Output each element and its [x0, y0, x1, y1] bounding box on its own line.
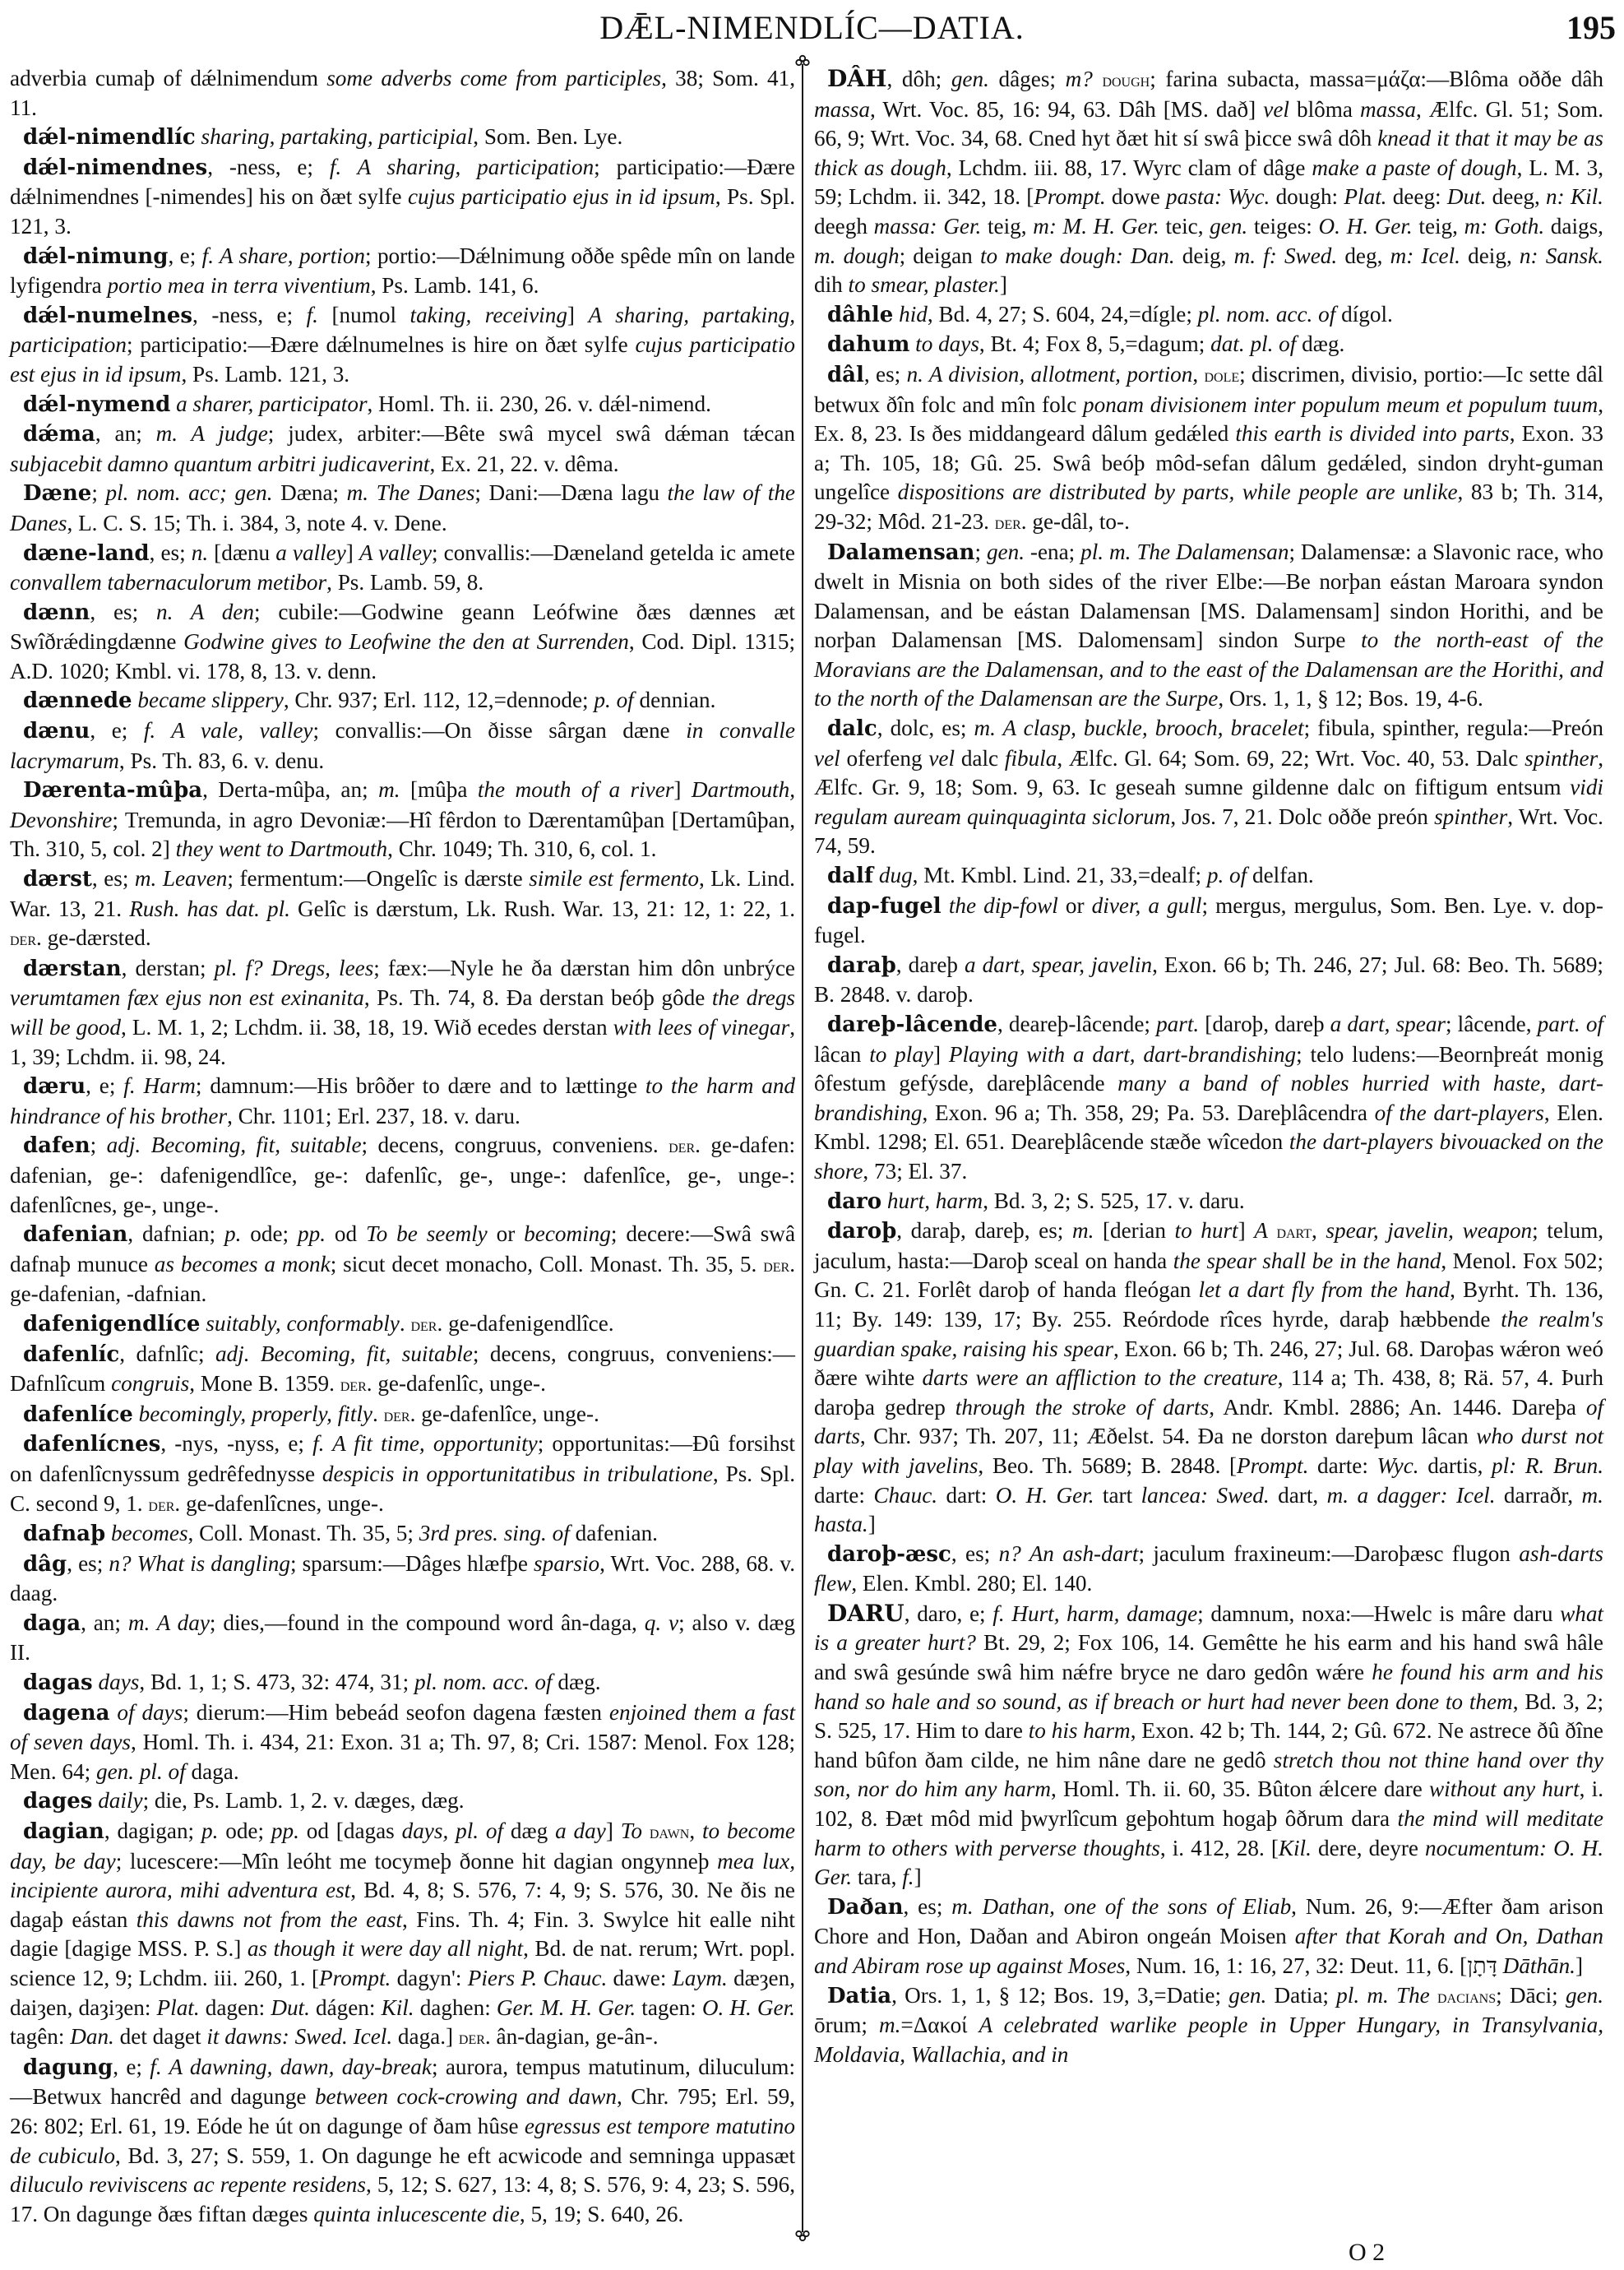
dictionary-entry: dafenigendlíce suitably, conformably. de…	[10, 1309, 795, 1340]
entry-text: , e;	[168, 243, 201, 268]
entry-text: , Som. Ben. Lye.	[473, 124, 622, 149]
entry-text: ; judex, arbiter:—Bête swâ mycel swâ dǽm…	[268, 421, 795, 446]
italic-gloss: n: Sansk.	[1520, 243, 1603, 268]
entry-text: . ge-dærsted.	[36, 925, 151, 950]
italic-gloss: pl. nom. acc. of	[1198, 302, 1336, 327]
entry-text: , derstan;	[122, 956, 215, 980]
entry-text: , i. 412, 28. [	[1160, 1836, 1279, 1860]
entry-text: tart	[1094, 1483, 1141, 1508]
italic-gloss: this dawns not from the east	[136, 1907, 402, 1932]
entry-text: ; damnum, noxa:—Hwelc is mâre daru	[1197, 1601, 1560, 1626]
entry-text: od	[326, 1221, 366, 1246]
headword: dâhle	[827, 303, 893, 327]
entry-text: , Mone B. 1359.	[189, 1371, 340, 1396]
entry-text: Gelîc is dærstum, Lk. Rush. War. 13, 21:…	[290, 896, 795, 921]
entry-text	[642, 1818, 650, 1843]
italic-gloss: without any hurt	[1429, 1777, 1580, 1801]
dictionary-entry: daga, an; m. A day; dies,—found in the c…	[10, 1609, 795, 1668]
dictionary-entry: dap-fugel the dip-fowl or diver, a gull;…	[814, 892, 1603, 951]
entry-text	[1093, 67, 1103, 91]
entry-text	[942, 893, 949, 918]
dictionary-entry: dâl, es; n. A division, allotment, porti…	[814, 360, 1603, 538]
entry-text: , es;	[951, 1541, 999, 1566]
headword: dafenian	[23, 1222, 127, 1247]
italic-gloss: taking, receiving	[410, 303, 567, 327]
italic-gloss: Godwine gives to Leofwine the den at Sur…	[183, 629, 629, 654]
entry-text: ,	[689, 1818, 702, 1843]
entry-text: ]	[567, 303, 589, 327]
italic-gloss: Prompt.	[1034, 184, 1105, 209]
entry-text: , an;	[95, 421, 156, 446]
entry-text: , Mt. Kmbl. Lind. 21, 33,=dealf;	[913, 863, 1207, 887]
entry-text: ; fermentum:—Ongelîc is dærste	[227, 866, 529, 891]
entry-text: ]	[1575, 1953, 1583, 1978]
italic-gloss: congruis	[111, 1371, 189, 1396]
entry-text: , Chr. 1049; Th. 310, 6, col. 1.	[387, 836, 656, 861]
italic-gloss: f.	[902, 1865, 914, 1889]
dictionary-entry: dahum to days, Bt. 4; Fox 8, 5,=dagum; d…	[814, 330, 1603, 360]
entry-text: or	[488, 1221, 524, 1246]
page-number: 195	[1566, 8, 1616, 47]
entry-text: dih	[814, 272, 849, 297]
small-caps-text: dough	[1102, 70, 1150, 90]
italic-gloss: became slippery	[137, 688, 283, 712]
entry-text: , Ps. Th. 74, 8. Ða derstan beóþ gôde	[364, 985, 712, 1010]
entry-text: , Ps. Lamb. 141, 6.	[371, 273, 539, 298]
italic-gloss: to his harm	[1029, 1718, 1131, 1743]
small-caps-text: der	[340, 1374, 367, 1395]
headword: daga	[23, 1611, 81, 1636]
italic-gloss: Kil.	[382, 1995, 414, 2020]
headword: dafenigendlíce	[23, 1312, 200, 1337]
left-column: adverbia cumaþ of dǽlnimendum some adver…	[10, 64, 795, 2229]
italic-gloss: pl. nom. acc; gen.	[105, 480, 272, 505]
entry-text: , dareþ	[896, 952, 965, 977]
dictionary-entry: dagas days, Bd. 1, 1; S. 473, 32: 474, 3…	[10, 1668, 795, 1698]
italic-gloss: to smear, plaster.	[849, 272, 1000, 297]
italic-gloss: q. v	[645, 1610, 678, 1635]
entry-text: det daget	[114, 2024, 206, 2049]
italic-gloss: n? What is dangling	[109, 1551, 290, 1576]
dictionary-entry: dænu, e; f. A vale, valley; convallis:—O…	[10, 716, 795, 776]
italic-gloss: Dāthān.	[1503, 1953, 1575, 1978]
entry-text: dartis,	[1419, 1453, 1492, 1478]
entry-text: [dænu	[208, 540, 275, 565]
headword: dǽl-nimendlíc	[23, 125, 196, 150]
entry-text: , es;	[67, 1551, 109, 1576]
italic-gloss: a dart, spear, javelin	[965, 952, 1152, 977]
entry-text: , Bd. 3, 27; S. 559, 1. On dagunge he ef…	[115, 2143, 795, 2168]
entry-text: ; fibula, spinther, regula:—Preón	[1304, 716, 1603, 740]
entry-text: ; dies,—found in the compound word ân-da…	[210, 1610, 645, 1635]
italic-gloss: Dut.	[1447, 184, 1487, 209]
entry-text: dâges;	[989, 67, 1066, 91]
entry-text: ; participatio:—Ðære dǽlnumelnes is hire…	[127, 332, 635, 357]
headword: dafenlíce	[23, 1402, 133, 1427]
italic-gloss: to days	[915, 331, 979, 356]
entry-text: , Bd. 3, 2; S. 525, 17. v. daru.	[983, 1188, 1244, 1213]
entry-text: , Homl. Th. ii. 230, 26. v. dǽl-nimend.	[368, 391, 711, 416]
entry-text	[1430, 1983, 1437, 2008]
entry-text: , Ps. Th. 83, 6. v. denu.	[119, 748, 324, 773]
dictionary-entry: daraþ, dareþ a dart, spear, javelin, Exo…	[814, 951, 1603, 1010]
italic-gloss: m: Goth.	[1464, 214, 1545, 239]
entry-text: ode;	[241, 1221, 298, 1246]
entry-text: ]	[914, 1865, 922, 1889]
italic-gloss: A valley	[359, 540, 432, 565]
entry-text: daigs,	[1544, 214, 1603, 239]
dictionary-entry: Datia, Ors. 1, 1, § 12; Bos. 19, 3,=Dati…	[814, 1981, 1603, 2070]
entry-text: dough:	[1270, 184, 1344, 209]
entry-text	[105, 1521, 111, 1545]
entry-text: ; sicut decet monacho, Coll. Monast. Th.…	[331, 1252, 764, 1276]
entry-text: , -ness, e;	[192, 303, 307, 327]
entry-text: , dolc, es;	[877, 716, 974, 740]
headword: dǽma	[23, 422, 95, 447]
entry-text: , e;	[86, 1073, 123, 1098]
entry-text: , -ness, e;	[207, 155, 330, 179]
italic-gloss: pl. f? Dregs, lees	[215, 956, 374, 980]
italic-gloss: it dawns: Swed. Icel.	[206, 2024, 392, 2049]
entry-text: , dafnian;	[127, 1221, 224, 1246]
italic-gloss: m?	[1066, 67, 1093, 91]
italic-gloss: Plat.	[1344, 184, 1386, 209]
entry-text: [daroþ, dareþ	[1199, 1012, 1330, 1036]
entry-text: deg,	[1337, 243, 1390, 268]
italic-gloss: sharing, partaking, participial	[201, 124, 474, 149]
entry-text: tagên:	[10, 2024, 70, 2049]
entry-text: , Ors. 1, 1, § 12; Bos. 19, 4-6.	[1218, 686, 1483, 711]
entry-text	[881, 1188, 887, 1213]
small-caps-text: der	[763, 1255, 789, 1276]
italic-gloss: vel	[814, 746, 840, 771]
entry-text: ; lucescere:—Mîn leóht me tocymeþ ðonne …	[116, 1849, 717, 1874]
dictionary-entry: DÂH, dôh; gen. dâges; m? dough; farina s…	[814, 64, 1603, 300]
italic-gloss: suitably, conformably	[206, 1311, 400, 1336]
italic-gloss: adj. Becoming, fit, suitable	[107, 1133, 362, 1157]
italic-gloss: A	[1254, 1218, 1268, 1243]
entry-text: ]	[346, 540, 359, 565]
entry-text: dowe	[1106, 184, 1166, 209]
entry-text: deegh	[814, 214, 874, 239]
italic-gloss: verumtamen fæx ejus non est exinanita	[10, 985, 364, 1010]
dictionary-entry: dǽl-nimendnes, -ness, e; f. A sharing, p…	[10, 153, 795, 242]
dictionary-entry: daroþ-æsc, es; n? An ash-dart; jaculum f…	[814, 1540, 1603, 1599]
entry-text: dágen:	[310, 1995, 382, 2020]
entry-text: , Jos. 7, 21. Dolc oððe preón	[1170, 804, 1434, 829]
entry-text: , Derta-mûþa, an;	[202, 777, 378, 802]
italic-gloss: gen.	[1228, 1983, 1266, 2008]
italic-gloss: m: Icel.	[1390, 243, 1460, 268]
italic-gloss: 3rd pres. sing. of	[419, 1521, 570, 1545]
headword: Datia	[827, 1984, 891, 2008]
italic-gloss: convallem tabernaculorum metibor	[10, 570, 326, 595]
entry-text: , es;	[864, 362, 907, 387]
headword: dǽl-numelnes	[23, 303, 192, 328]
page-header: DǢL-NIMENDLÍC—DATIA. 195	[0, 8, 1624, 58]
entry-text: , an;	[81, 1610, 128, 1635]
entry-text: . ge-dafenigendlîce.	[437, 1311, 613, 1336]
entry-text: teig,	[981, 214, 1033, 239]
headword: Daðan	[827, 1895, 904, 1920]
entry-text: ; lâcende,	[1446, 1012, 1538, 1036]
entry-text: ; Dani:—Dæna lagu	[474, 480, 667, 505]
dictionary-entry: DARU, daro, e; f. Hurt, harm, damage; da…	[814, 1599, 1603, 1892]
entry-text: dæg.	[1296, 331, 1344, 356]
italic-gloss: gen.	[1566, 1983, 1603, 2008]
italic-gloss: Kil.	[1279, 1836, 1312, 1860]
entry-text: , Beo. Th. 5689; B. 2848. [	[978, 1453, 1237, 1478]
small-caps-text: der	[669, 1136, 695, 1156]
italic-gloss: some adverbs come from participles	[326, 66, 661, 90]
dictionary-entry: dalc, dolc, es; m. A clasp, buckle, broo…	[814, 714, 1603, 861]
italic-gloss: portio mea in terra viventium	[108, 273, 371, 298]
dictionary-entry: dafenlíce becomingly, properly, fitly. d…	[10, 1400, 795, 1430]
italic-gloss: m.	[879, 2013, 900, 2037]
dictionary-entry: dænnede became slippery, Chr. 937; Erl. …	[10, 686, 795, 716]
entry-text: , Homl. Th. ii. 60, 35. Bûton ǽlcere dar…	[1051, 1777, 1429, 1801]
entry-text: .	[400, 1311, 411, 1336]
italic-gloss: Ger. M. H. Ger.	[497, 1995, 636, 2020]
italic-gloss: f.	[307, 303, 318, 327]
dictionary-entry: dâhle hid, Bd. 4, 27; S. 604, 24,=dígle;…	[814, 300, 1603, 331]
small-caps-text: der	[384, 1405, 410, 1425]
entry-text: . ge-dâl, to-.	[1021, 509, 1130, 534]
entry-text: , dagigan;	[104, 1818, 201, 1843]
entry-text: [derian	[1094, 1218, 1174, 1243]
italic-gloss: Playing with a dart, dart-brandishing	[949, 1042, 1296, 1067]
italic-gloss: p.	[224, 1221, 241, 1246]
italic-gloss: to play	[869, 1042, 933, 1067]
dictionary-entry: dærstan, derstan; pl. f? Dregs, lees; fæ…	[10, 954, 795, 1072]
entry-text: , L. C. S. 15; Th. i. 384, 3, note 4. v.…	[67, 511, 446, 535]
italic-gloss: n.	[192, 540, 208, 565]
dictionary-entry: dǽl-numelnes, -ness, e; f. [numol taking…	[10, 301, 795, 390]
headword: dafnaþ	[23, 1522, 105, 1546]
italic-gloss: pl. nom. acc. of	[414, 1670, 553, 1694]
entry-text: dafenian.	[570, 1521, 658, 1545]
entry-text: ; fæx:—Nyle he ða dærstan him dôn unbrýc…	[373, 956, 795, 980]
headword: dalc	[827, 716, 877, 741]
entry-text: , L. M. 1, 2; Lchdm. ii. 38, 18, 19. Wið…	[121, 1015, 613, 1040]
entry-text: dawe:	[607, 1966, 672, 1990]
dictionary-entry: dagung, e; f. A dawning, dawn, day-break…	[10, 2053, 795, 2230]
italic-gloss: hurt, harm	[887, 1188, 983, 1213]
right-column: DÂH, dôh; gen. dâges; m? dough; farina s…	[814, 64, 1603, 2069]
entry-text: , Bd. 1, 1; S. 473, 32: 474, 31;	[139, 1670, 414, 1694]
italic-gloss: part. of	[1538, 1012, 1603, 1036]
entry-text: oferfeng	[840, 746, 929, 771]
entry-text: ; farina subacta, massa=μάζα:—Blôma oððe…	[1150, 67, 1603, 91]
italic-gloss: O. H. Ger.	[1319, 214, 1413, 239]
entry-text: , es;	[90, 600, 156, 624]
headword: daro	[827, 1189, 881, 1214]
entry-text: ; jaculum fraxineum:—Daroþæsc flugon	[1138, 1541, 1519, 1566]
italic-gloss: Dut.	[271, 1995, 310, 2020]
italic-gloss: this earth is divided into parts	[1235, 421, 1509, 446]
italic-gloss: becomingly, properly, fitly	[139, 1401, 372, 1426]
dictionary-entry: dafenlícnes, -nys, -nyss, e; f. A fit ti…	[10, 1429, 795, 1519]
entry-text: ,	[1192, 362, 1204, 387]
italic-gloss: diver, a gull	[1092, 893, 1202, 918]
italic-gloss: m. Leaven	[135, 866, 227, 891]
entry-text: ]	[1238, 1218, 1255, 1243]
italic-gloss: spinther	[1434, 804, 1507, 829]
entry-text: , Ors. 1, 1, § 12; Bos. 19, 3,=Datie;	[891, 1983, 1228, 2008]
headword: dafenlíc	[23, 1342, 119, 1367]
italic-gloss: as becomes a monk	[155, 1252, 331, 1276]
entry-text: lâcan	[814, 1042, 869, 1067]
entry-text: , Ælfc. Gl. 64; Som. 69, 22; Wrt. Voc. 4…	[1057, 746, 1525, 771]
entry-text: ; Dāci;	[1496, 1983, 1566, 2008]
small-caps-text: dole	[1204, 365, 1239, 386]
headword: DÂH	[827, 65, 886, 92]
italic-gloss: m: M. H. Ger.	[1033, 214, 1159, 239]
entry-text: , Wrt. Voc. 85, 16: 94, 63. Dâh [MS. dað…	[870, 97, 1263, 122]
small-caps-text: dart	[1276, 1221, 1312, 1242]
entry-text: . ân-dagian, ge-ân-.	[485, 2024, 659, 2049]
entry-text: .	[372, 1401, 384, 1426]
entry-text: , Chr. 937; Erl. 112, 12,=dennode;	[284, 688, 595, 712]
small-caps-text: der	[410, 1314, 437, 1335]
entry-text	[873, 863, 879, 887]
italic-gloss: as though it were day all night	[248, 1936, 523, 1961]
headword: dænn	[23, 600, 90, 625]
entry-text: darraðr,	[1496, 1483, 1582, 1508]
dictionary-entry: Dæne; pl. nom. acc; gen. Dæna; m. The Da…	[10, 479, 795, 538]
entry-text: , e;	[90, 718, 144, 743]
headword: dǽl-nymend	[23, 392, 170, 417]
italic-gloss: m. The Danes	[347, 480, 475, 505]
italic-gloss: n: Kil.	[1546, 184, 1603, 209]
italic-gloss: the mouth of a river	[478, 777, 674, 802]
headword: dænnede	[23, 688, 132, 713]
entry-text: , es;	[92, 866, 135, 891]
italic-gloss: subjacebit damno quantum arbitri judicav…	[10, 452, 429, 476]
headword: dænu	[23, 719, 90, 744]
entry-text: ; decens, congruus, conveniens.	[362, 1133, 669, 1157]
headword: dafen	[23, 1133, 90, 1158]
italic-gloss: Dan.	[70, 2024, 114, 2049]
italic-gloss: pl. m. The Dalamensan	[1080, 540, 1289, 564]
italic-gloss: vel	[1263, 97, 1289, 122]
italic-gloss: between cock-crowing and dawn	[315, 2084, 617, 2109]
dictionary-entry: Dærenta-mûþa, Derta-mûþa, an; m. [mûþa t…	[10, 776, 795, 864]
italic-gloss: dug	[879, 863, 913, 887]
italic-gloss: through the stroke of darts	[955, 1395, 1209, 1420]
dictionary-entry: dǽma, an; m. A judge; judex, arbiter:—Bê…	[10, 419, 795, 479]
entry-text: =Δακοί	[900, 2013, 979, 2037]
italic-gloss: f. Hurt, harm, damage	[992, 1601, 1197, 1626]
italic-gloss: to make dough: Dan.	[980, 243, 1175, 268]
dictionary-entry: dafnaþ becomes, Coll. Monast. Th. 35, 5;…	[10, 1519, 795, 1550]
italic-gloss: Plat.	[157, 1995, 200, 2020]
entry-text: , dafnlîc;	[119, 1341, 215, 1366]
entry-text: , es;	[150, 540, 192, 565]
small-caps-text: der	[10, 929, 36, 949]
dictionary-entry: dafen; adj. Becoming, fit, suitable; dec…	[10, 1131, 795, 1220]
entry-text: , 5, 19; S. 640, 26.	[520, 2202, 683, 2226]
italic-gloss: becomes	[111, 1521, 188, 1545]
italic-gloss: To be seemly	[366, 1221, 488, 1246]
entry-text: [mûþa	[400, 777, 478, 802]
italic-gloss: daily	[98, 1788, 142, 1813]
italic-gloss: quinta inlucescente die	[313, 2202, 520, 2226]
italic-gloss: m. a dagger: Icel.	[1327, 1483, 1496, 1508]
entry-text: deeg:	[1386, 184, 1446, 209]
italic-gloss: m. Dathan, one of the sons of Eliab	[951, 1894, 1291, 1919]
entry-text: dígol.	[1335, 302, 1392, 327]
italic-gloss: gen.	[951, 67, 989, 91]
headword: Dæne	[23, 481, 91, 506]
italic-gloss: p.	[201, 1818, 218, 1843]
entry-text: , Num. 16, 1: 16, 27, 32: Deut. 11, 6. […	[1125, 1953, 1502, 1978]
small-caps-text: dawn	[650, 1822, 689, 1842]
italic-gloss: a valley	[275, 540, 346, 565]
dictionary-entry: daroþ, daraþ, dareþ, es; m. [derian to h…	[814, 1216, 1603, 1540]
dictionary-entry: dǽl-nimendlíc sharing, partaking, partic…	[10, 123, 795, 153]
italic-gloss: m. dough	[814, 243, 900, 268]
dictionary-entry: dæne-land, es; n. [dænu a valley] A vall…	[10, 539, 795, 598]
italic-gloss: dat. pl. of	[1210, 331, 1296, 356]
entry-text: delfan.	[1247, 863, 1314, 887]
italic-gloss: n? An ash-dart	[999, 1541, 1139, 1566]
entry-text: , Andr. Kmbl. 2886; An. 1446. Dareþa	[1209, 1395, 1586, 1420]
italic-gloss: f. A vale, valley	[144, 718, 313, 743]
headword: dages	[23, 1789, 92, 1814]
entry-text: dennian.	[634, 688, 716, 712]
entry-text: dagen:	[200, 1995, 271, 2020]
italic-gloss: Piers P. Chauc.	[468, 1966, 608, 1990]
headword: daroþ-æsc	[827, 1542, 951, 1567]
entry-text: ]	[606, 1818, 621, 1843]
dictionary-entry: dagian, dagigan; p. ode; pp. od [dagas d…	[10, 1817, 795, 2053]
entry-text: ; deigan	[900, 243, 980, 268]
italic-gloss: f. A dawning, dawn, day-break	[150, 2055, 432, 2079]
entry-text: ; convallis:—On ðisse sârgan dæne	[313, 718, 687, 743]
entry-text: ]	[1000, 272, 1007, 297]
headword: daraþ	[827, 953, 896, 978]
dictionary-entry: dareþ-lâcende, deareþ-lâcende; part. [da…	[814, 1010, 1603, 1187]
italic-gloss: m. A day	[128, 1610, 210, 1635]
italic-gloss: cujus participatio ejus in id ipsum	[408, 184, 715, 209]
italic-gloss: of the dart-players	[1375, 1100, 1544, 1125]
entry-continuation: adverbia cumaþ of dǽlnimendum some adver…	[10, 64, 795, 123]
entry-text: teig,	[1413, 214, 1464, 239]
headword: Dærenta-mûþa	[23, 778, 202, 803]
dictionary-entry: dæru, e; f. Harm; damnum:—His brôðer to …	[10, 1072, 795, 1131]
dictionary-entry: Daðan, es; m. Dathan, one of the sons of…	[814, 1892, 1603, 1981]
italic-gloss: a day	[555, 1818, 606, 1843]
dictionary-entry: dâg, es; n? What is dangling; sparsum:—D…	[10, 1550, 795, 1609]
headword: dâl	[827, 363, 864, 387]
small-caps-text: dacians	[1437, 1986, 1496, 2007]
italic-gloss: pasta: Wyc.	[1166, 184, 1270, 209]
italic-gloss: days, pl. of	[402, 1818, 503, 1843]
italic-gloss: m. A clasp, buckle, brooch, bracelet	[974, 716, 1304, 740]
entry-text	[133, 1401, 139, 1426]
entry-text: , Lchdm. iii. 88, 17. Wyrc clam of dâge	[946, 155, 1312, 180]
headword: dærstan	[23, 957, 122, 981]
entry-text: , e;	[113, 2055, 150, 2079]
italic-gloss: the dip-fowl	[949, 893, 1058, 918]
headword: dâg	[23, 1552, 67, 1577]
signature-mark: O 2	[1349, 2239, 1385, 2267]
entry-text: ;	[91, 480, 105, 505]
italic-gloss: diluculo reviviscens ac repente residens	[10, 2172, 366, 2197]
headword: dap-fugel	[827, 894, 942, 919]
entry-text: tara,	[852, 1865, 902, 1889]
